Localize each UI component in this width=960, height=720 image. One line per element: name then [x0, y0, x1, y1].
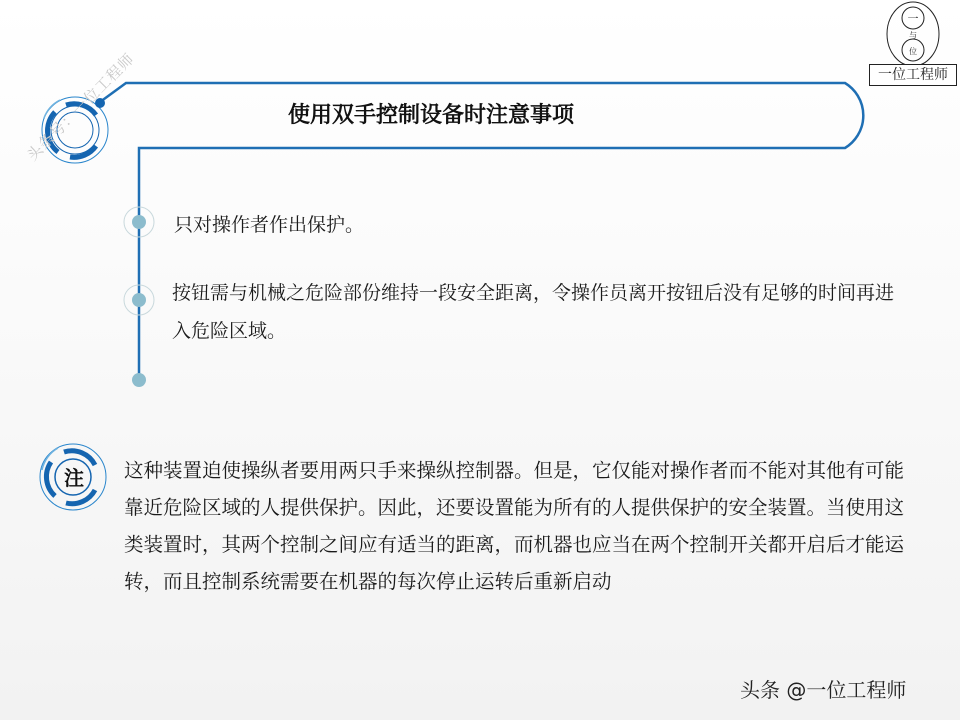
bullet-item-1: 只对操作者作出保护。 [174, 206, 364, 244]
svg-text:一: 一 [908, 12, 919, 25]
svg-text:位: 位 [909, 46, 917, 56]
page-title: 使用双手控制设备时注意事项 [288, 98, 574, 129]
note-text: 这种装置迫使操纵者要用两只手来操纵控制器。但是，它仅能对操作者而不能对其他有可能… [124, 452, 904, 600]
svg-text:与: 与 [909, 30, 917, 40]
bullet-item-2: 按钮需与机械之危险部份维持一段安全距离，令操作员离开按钮后没有足够的时间再进入危… [172, 274, 902, 350]
footer-attribution: 头条 @一位工程师 [740, 674, 906, 703]
logo-caption: 一位工程师 [869, 64, 957, 86]
note-badge: 注 [58, 462, 90, 494]
